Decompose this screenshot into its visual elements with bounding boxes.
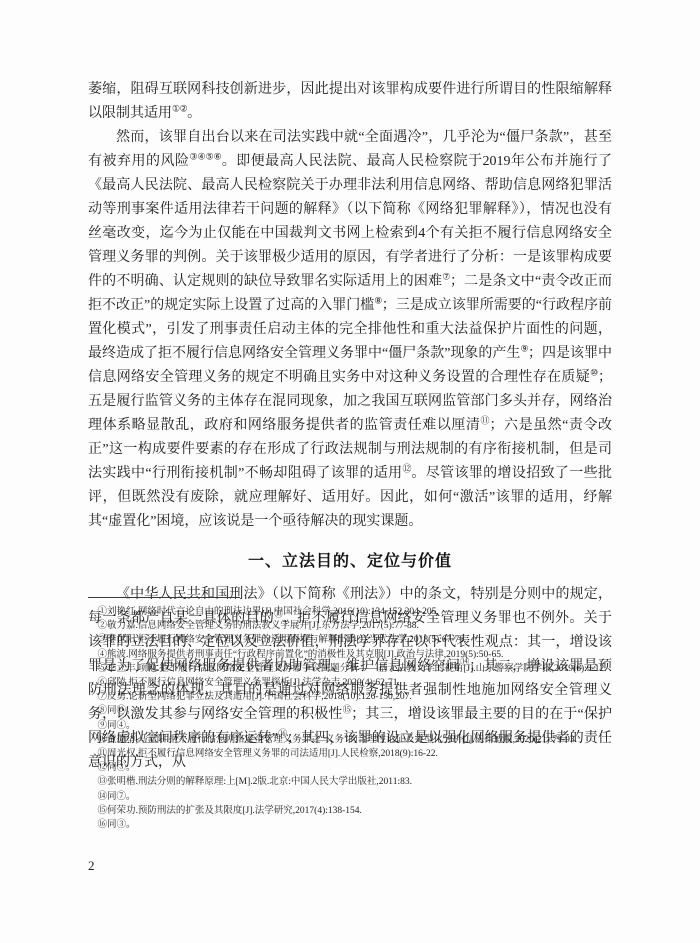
footnote-marker: ⑧ xyxy=(374,295,382,305)
footnote-item: ⑫同③。 xyxy=(88,761,612,775)
footnote-marker: ⑨ xyxy=(520,343,528,353)
footnote-item: ⑨同④。 xyxy=(88,719,612,733)
paper-page: 萎缩，阻碍互联网科技创新进步，因此提出对该罪构成要件进行所谓目的性限缩解释以限制… xyxy=(0,0,700,943)
footnote-marker: ①② xyxy=(172,103,187,113)
footnote-item: ③李世阳.拒不履行网络安全管理义务罪的适用困境与解释出路[J].当代法学,201… xyxy=(88,633,612,647)
footnote-item: ⑪周光权.拒不履行信息网络安全管理义务罪的司法适用[J].人民检察,2018(9… xyxy=(88,747,612,761)
footnote-item: ⑮何荣功.预防刑法的扩张及其限度[J].法学研究,2017(4):138-154… xyxy=(88,804,612,818)
footnote-item: ⑯同③。 xyxy=(88,818,612,832)
footnote-item: ⑩童德华,马嘉阳.拒不履行信息网络安全管理义务罪之“义务”的合理性论证及类型化分… xyxy=(88,733,612,747)
footnote-item: ⑥邱陵.拒不履行信息网络安全管理义务罪探析[J].法学杂志,2020(4):62… xyxy=(88,676,612,690)
footnotes-section: ①刘艳红.网络时代言论自由的刑法边界[J].中国社会科学,2016(10):13… xyxy=(88,597,612,832)
footnote-separator xyxy=(88,597,240,598)
footnote-marker: ⑫ xyxy=(403,463,412,473)
footnote-item: ⑦皮勇.论新型网络犯罪立法及其适用[J].中国社会科学,2018(10):126… xyxy=(88,690,612,704)
paragraph: 然而，该罪自出台以来在司法实践中就“全面遇冷”，几乎沦为“僵尸条款”，甚至有被弃… xyxy=(88,126,612,534)
footnote-item: ④熊波.网络服务提供者刑事责任“行政程序前置化”的消极性及其克服[J].政治与法… xyxy=(88,648,612,662)
paragraph: 萎缩，阻碍互联网科技创新进步，因此提出对该罪构成要件进行所谓目的性限缩解释以限制… xyxy=(88,78,612,126)
footnote-item: ⑧同⑥。 xyxy=(88,704,612,718)
section-heading: 一、立法目的、定位与价值 xyxy=(88,548,612,571)
footnote-item: ⑭同⑦。 xyxy=(88,790,612,804)
footnote-item: ⑬张明楷.刑法分则的解释原理:上[M].2版.北京:中国人民大学出版社,2011… xyxy=(88,775,612,789)
footnote-item: ⑤李立丰,项艳.拒不履行信息网络安全管理义务罪争议问题分析——基于法教义学的视角… xyxy=(88,662,612,676)
footnote-item: ①刘艳红.网络时代言论自由的刑法边界[J].中国社会科学,2016(10):13… xyxy=(88,605,612,619)
footnote-marker: ⑪ xyxy=(480,415,489,425)
footnote-marker: ③④⑤⑥ xyxy=(189,151,221,161)
footnote-item: ②敬力嘉.信息网络安全管理义务的刑法教义学展开[J].东方法学,2017(5):… xyxy=(88,619,612,633)
page-number: 2 xyxy=(88,858,95,874)
footnote-list: ①刘艳红.网络时代言论自由的刑法边界[J].中国社会科学,2016(10):13… xyxy=(88,605,612,832)
footnote-marker: ⑦ xyxy=(442,271,450,281)
footnote-marker: ⑩ xyxy=(590,367,598,377)
